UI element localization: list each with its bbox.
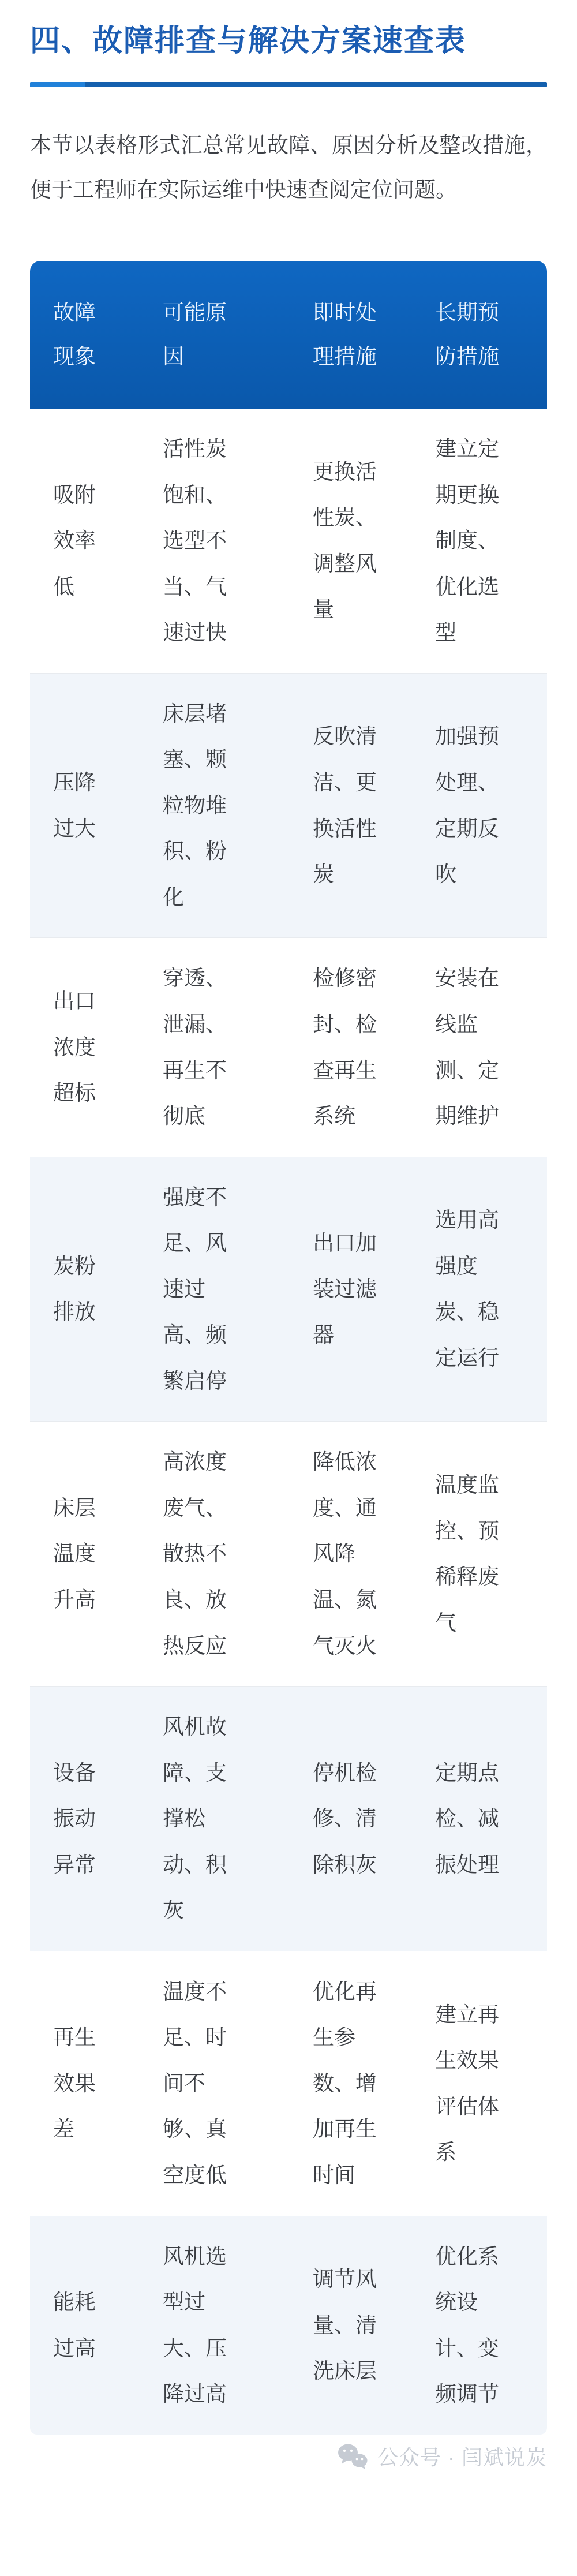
- intro-paragraph: 本节以表格形式汇总常见故障、原因分析及整改措施，便于工程师在实际运维中快速查阅定…: [30, 123, 547, 212]
- cell-immediate: 反吹清洁、更换活性炭: [290, 674, 422, 938]
- cell-longterm: 温度监控、预稀释废气: [422, 1422, 547, 1686]
- cell-immediate: 检修密封、检查再生系统: [290, 938, 422, 1156]
- cell-phenomenon: 炭粉排放: [30, 1157, 145, 1422]
- table-row: 吸附效率低 活性炭饱和、选型不当、气速过快 更换活性炭、调整风量 建立定期更换制…: [30, 409, 547, 673]
- watermark-text: 公众号 · 闫斌说炭: [377, 2442, 547, 2471]
- table-row: 再生效果差 温度不足、时间不够、真空度低 优化再生参数、增加再生时间 建立再生效…: [30, 1951, 547, 2216]
- footer-watermark: 公众号 · 闫斌说炭: [30, 2439, 547, 2474]
- cell-immediate: 降低浓度、通风降温、氮气灭火: [290, 1422, 422, 1686]
- table-row: 炭粉排放 强度不足、风速过高、频繁启停 出口加装过滤器 选用高强度炭、稳定运行: [30, 1157, 547, 1422]
- cell-cause: 风机选型过大、压降过高: [145, 2216, 290, 2435]
- cell-immediate: 停机检修、清除积灰: [290, 1687, 422, 1951]
- cell-cause: 强度不足、风速过高、频繁启停: [145, 1157, 290, 1422]
- header-fault-phenomenon: 故障现象: [30, 261, 145, 409]
- cell-phenomenon: 出口浓度超标: [30, 938, 145, 1156]
- header-immediate-measures: 即时处理措施: [290, 261, 422, 409]
- cell-phenomenon: 吸附效率低: [30, 409, 145, 673]
- cell-longterm: 建立定期更换制度、优化选型: [422, 409, 547, 673]
- cell-cause: 活性炭饱和、选型不当、气速过快: [145, 409, 290, 673]
- cell-cause: 穿透、泄漏、再生不彻底: [145, 938, 290, 1156]
- header-longterm-measures: 长期预防措施: [422, 261, 547, 409]
- cell-cause: 温度不足、时间不够、真空度低: [145, 1951, 290, 2216]
- cell-phenomenon: 设备振动异常: [30, 1687, 145, 1951]
- cell-immediate: 优化再生参数、增加再生时间: [290, 1951, 422, 2216]
- cell-cause: 风机故障、支撑松动、积灰: [145, 1687, 290, 1951]
- cell-cause: 床层堵塞、颗粒物堆积、粉化: [145, 674, 290, 938]
- title-underline-accent: [30, 82, 85, 87]
- header-possible-cause: 可能原因: [145, 261, 290, 409]
- cell-phenomenon: 床层温度升高: [30, 1422, 145, 1686]
- table-row: 床层温度升高 高浓度废气、散热不良、放热反应 降低浓度、通风降温、氮气灭火 温度…: [30, 1421, 547, 1686]
- cell-longterm: 加强预处理、定期反吹: [422, 674, 547, 938]
- table-row: 能耗过高 风机选型过大、压降过高 调节风量、清洗床层 优化系统设计、变频调节: [30, 2216, 547, 2435]
- cell-longterm: 建立再生效果评估体系: [422, 1951, 547, 2216]
- cell-phenomenon: 压降过大: [30, 674, 145, 938]
- title-underline: [30, 82, 547, 87]
- article-page: 四、故障排查与解决方案速查表 本节以表格形式汇总常见故障、原因分析及整改措施，便…: [0, 22, 577, 2497]
- table-row: 压降过大 床层堵塞、颗粒物堆积、粉化 反吹清洁、更换活性炭 加强预处理、定期反吹: [30, 673, 547, 938]
- cell-cause: 高浓度废气、散热不良、放热反应: [145, 1422, 290, 1686]
- cell-phenomenon: 再生效果差: [30, 1951, 145, 2216]
- cell-immediate: 调节风量、清洗床层: [290, 2216, 422, 2435]
- cell-phenomenon: 能耗过高: [30, 2216, 145, 2435]
- cell-longterm: 定期点检、减振处理: [422, 1687, 547, 1951]
- table-row: 出口浓度超标 穿透、泄漏、再生不彻底 检修密封、检查再生系统 安装在线监测、定期…: [30, 937, 547, 1156]
- page-title: 四、故障排查与解决方案速查表: [30, 22, 547, 61]
- wechat-icon: [337, 2443, 369, 2470]
- cell-immediate: 更换活性炭、调整风量: [290, 409, 422, 673]
- cell-longterm: 安装在线监测、定期维护: [422, 938, 547, 1156]
- table-row: 设备振动异常 风机故障、支撑松动、积灰 停机检修、清除积灰 定期点检、减振处理: [30, 1686, 547, 1951]
- troubleshooting-table: 故障现象 可能原因 即时处理措施 长期预防措施 吸附效率低 活性炭饱和、选型不当…: [30, 261, 547, 2435]
- cell-longterm: 优化系统设计、变频调节: [422, 2216, 547, 2435]
- cell-immediate: 出口加装过滤器: [290, 1157, 422, 1422]
- table-header-row: 故障现象 可能原因 即时处理措施 长期预防措施: [30, 261, 547, 409]
- cell-longterm: 选用高强度炭、稳定运行: [422, 1157, 547, 1422]
